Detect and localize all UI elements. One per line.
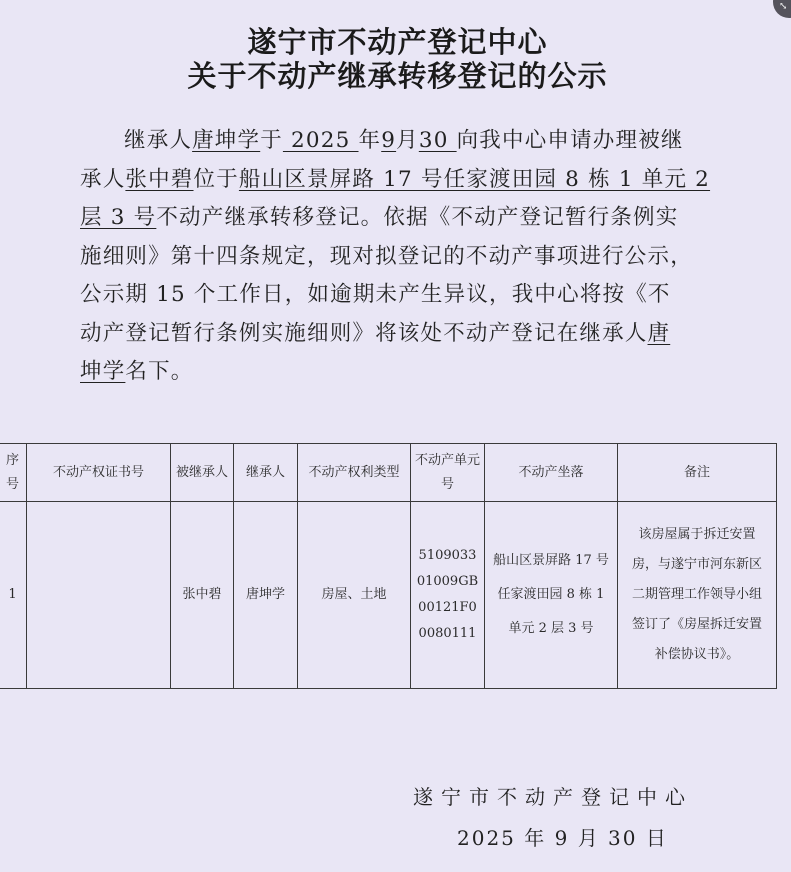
paragraph-text: 不动产继承转移登记。依据《不动产登记暂行条例实 <box>156 205 678 230</box>
issuing-organization: 遂宁市不动产登记中心 <box>413 781 693 810</box>
paragraph-text: 月 <box>396 128 419 153</box>
cell-heir: 唐坤学 <box>234 502 298 689</box>
cell-index: 1 <box>0 502 27 689</box>
cell-remarks: 该房屋属于拆迁安置房，与遂宁市河东新区二期管理工作领导小组签订了《房屋拆迁安置补… <box>618 502 777 689</box>
header-heir: 继承人 <box>234 444 298 502</box>
expand-icon[interactable]: ⤡ <box>773 0 791 18</box>
table-row: 1 张中碧 唐坤学 房屋、土地 510903301009GB00121F0008… <box>0 502 777 689</box>
issue-date: 2025 年 9 月 30 日 <box>457 822 668 851</box>
header-unit-no: 不动产单元号 <box>411 444 485 502</box>
cell-right-type: 房屋、土地 <box>298 502 411 689</box>
header-index: 序号 <box>0 444 27 502</box>
table-header-row: 序号 不动产权证书号 被继承人 继承人 不动产权利类型 不动产单元号 不动产坐落… <box>0 444 777 502</box>
underlined-field: 张中碧 <box>125 167 193 192</box>
underlined-field: 层 3 号 <box>80 205 156 230</box>
paragraph-text: 年 <box>359 128 382 153</box>
header-location: 不动产坐落 <box>485 444 618 502</box>
cell-decedent: 张中碧 <box>171 502 234 689</box>
underlined-field: 坤学 <box>80 359 125 384</box>
header-decedent: 被继承人 <box>171 444 234 502</box>
paragraph-line: 承人张中碧位于船山区景屏路 17 号任家渡田园 8 栋 1 单元 2 <box>80 161 690 200</box>
paragraph-text: 动产登记暂行条例实施细则》将该处不动产登记在继承人 <box>80 321 648 346</box>
paragraph-line: 继承人唐坤学于 2025 年9月30 向我中心申请办理被继 <box>80 122 690 161</box>
paragraph-text: 位于 <box>194 167 239 192</box>
cell-unit-no: 510903301009GB00121F00080111 <box>411 502 485 689</box>
paragraph-line: 公示期 15 个工作日，如逾期未产生异议，我中心将按《不 <box>80 276 690 315</box>
paragraph-text: 承人 <box>80 167 125 192</box>
paragraph-text: 于 <box>260 128 283 153</box>
cell-location: 船山区景屏路 17 号任家渡田园 8 栋 1 单元 2 层 3 号 <box>485 502 618 689</box>
paragraph-text: 名下。 <box>125 359 193 384</box>
header-remarks: 备注 <box>618 444 777 502</box>
paragraph-text: 公示期 15 个工作日，如逾期未产生异议，我中心将按《不 <box>80 282 671 307</box>
paragraph-text: 继承人 <box>124 128 192 153</box>
paragraph-line: 动产登记暂行条例实施细则》将该处不动产登记在继承人唐 <box>80 315 690 354</box>
paragraph-text: 施细则》第十四条规定，现对拟登记的不动产事项进行公示， <box>80 244 693 269</box>
paragraph-text: 向我中心申请办理被继 <box>457 128 684 153</box>
registration-table: 序号 不动产权证书号 被继承人 继承人 不动产权利类型 不动产单元号 不动产坐落… <box>0 443 777 689</box>
document-title-line2: 关于不动产继承转移登记的公示 <box>2 54 791 95</box>
notice-paragraph: 继承人唐坤学于 2025 年9月30 向我中心申请办理被继承人张中碧位于船山区景… <box>80 122 690 392</box>
underlined-field: 9 <box>381 128 396 153</box>
paragraph-line: 施细则》第十四条规定，现对拟登记的不动产事项进行公示， <box>80 238 690 277</box>
paragraph-line: 层 3 号不动产继承转移登记。依据《不动产登记暂行条例实 <box>80 199 690 238</box>
underlined-field: 2025 <box>283 128 359 153</box>
header-certificate-no: 不动产权证书号 <box>27 444 171 502</box>
underlined-field: 30 <box>419 128 457 153</box>
underlined-field: 唐 <box>648 321 671 346</box>
cell-certificate-no <box>27 502 171 689</box>
header-right-type: 不动产权利类型 <box>298 444 411 502</box>
underlined-field: 唐坤学 <box>192 128 260 153</box>
paragraph-line: 坤学名下。 <box>80 353 690 392</box>
underlined-field: 船山区景屏路 17 号任家渡田园 8 栋 1 单元 2 <box>239 167 710 192</box>
